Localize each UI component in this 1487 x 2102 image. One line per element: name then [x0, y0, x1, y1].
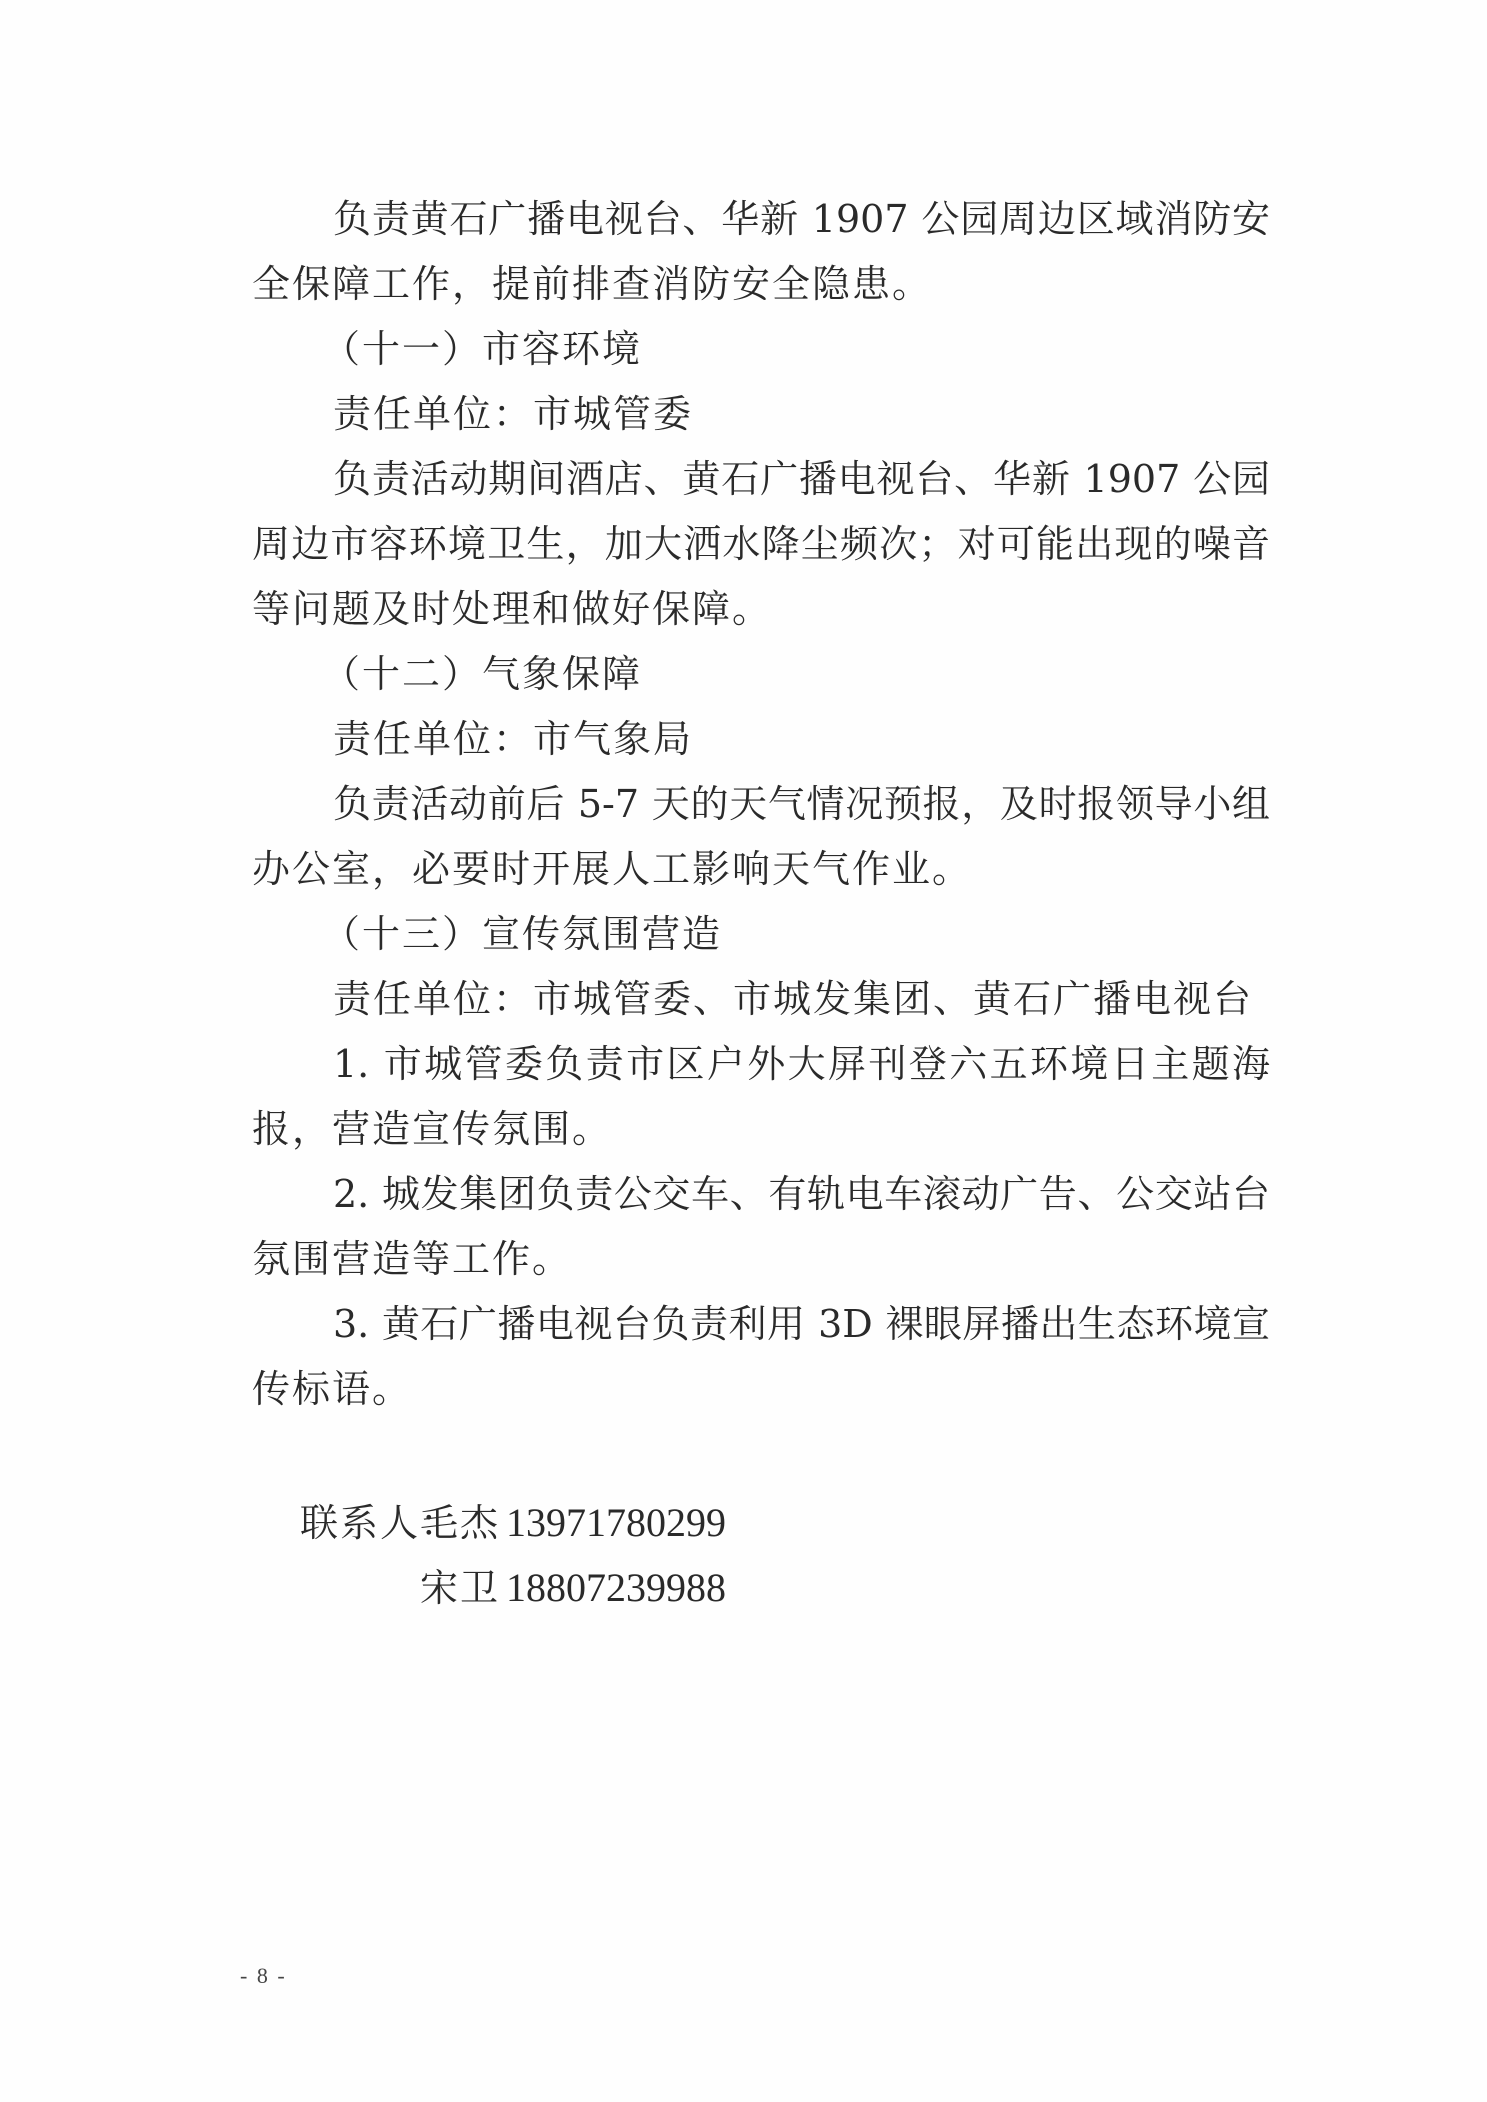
list-item-2: 2. 城发集团负责公交车、有轨电车滚动广告、公交站台 — [333, 1171, 1270, 1217]
contact-name: 宋卫 — [420, 1565, 500, 1611]
paragraph-line: 等问题及时处理和做好保障。 — [252, 586, 1270, 632]
contact-phone: 18807239988 — [506, 1565, 726, 1611]
paragraph-line: 办公室，必要时开展人工影响天气作业。 — [252, 846, 1270, 892]
section-heading-publicity: （十三）宣传氛围营造 — [322, 911, 1259, 957]
document-page: 负责黄石广播电视台、华新 1907 公园周边区域消防安 全保障工作，提前排查消防… — [0, 0, 1487, 2102]
paragraph-line: 全保障工作，提前排查消防安全隐患。 — [252, 261, 1270, 307]
paragraph-line: 周边市容环境卫生，加大洒水降尘频次；对可能出现的噪音 — [252, 521, 1270, 567]
list-item-2-cont: 氛围营造等工作。 — [252, 1236, 1270, 1282]
paragraph-line: 负责活动期间酒店、黄石广播电视台、华新 1907 公园 — [333, 456, 1270, 502]
page-number: - 8 - — [240, 1962, 287, 1990]
paragraph-line: 负责黄石广播电视台、华新 1907 公园周边区域消防安 — [333, 196, 1270, 242]
paragraph-line: 负责活动前后 5-7 天的天气情况预报，及时报领导小组 — [333, 781, 1270, 827]
responsible-unit: 责任单位：市城管委、市城发集团、黄石广播电视台 — [333, 976, 1270, 1022]
contact-name: 毛杰 — [420, 1500, 500, 1546]
list-item-1-cont: 报，营造宣传氛围。 — [252, 1106, 1270, 1152]
list-item-1: 1. 市城管委负责市区户外大屏刊登六五环境日主题海 — [333, 1041, 1270, 1087]
contact-phone: 13971780299 — [506, 1500, 726, 1546]
list-item-3: 3. 黄石广播电视台负责利用 3D 裸眼屏播出生态环境宣 — [333, 1301, 1270, 1347]
section-heading-weather: （十二）气象保障 — [322, 651, 1259, 697]
responsible-unit: 责任单位：市城管委 — [333, 391, 1270, 437]
list-item-3-cont: 传标语。 — [252, 1366, 1270, 1412]
responsible-unit: 责任单位：市气象局 — [333, 716, 1270, 762]
section-heading-city-appearance: （十一）市容环境 — [322, 326, 1259, 372]
